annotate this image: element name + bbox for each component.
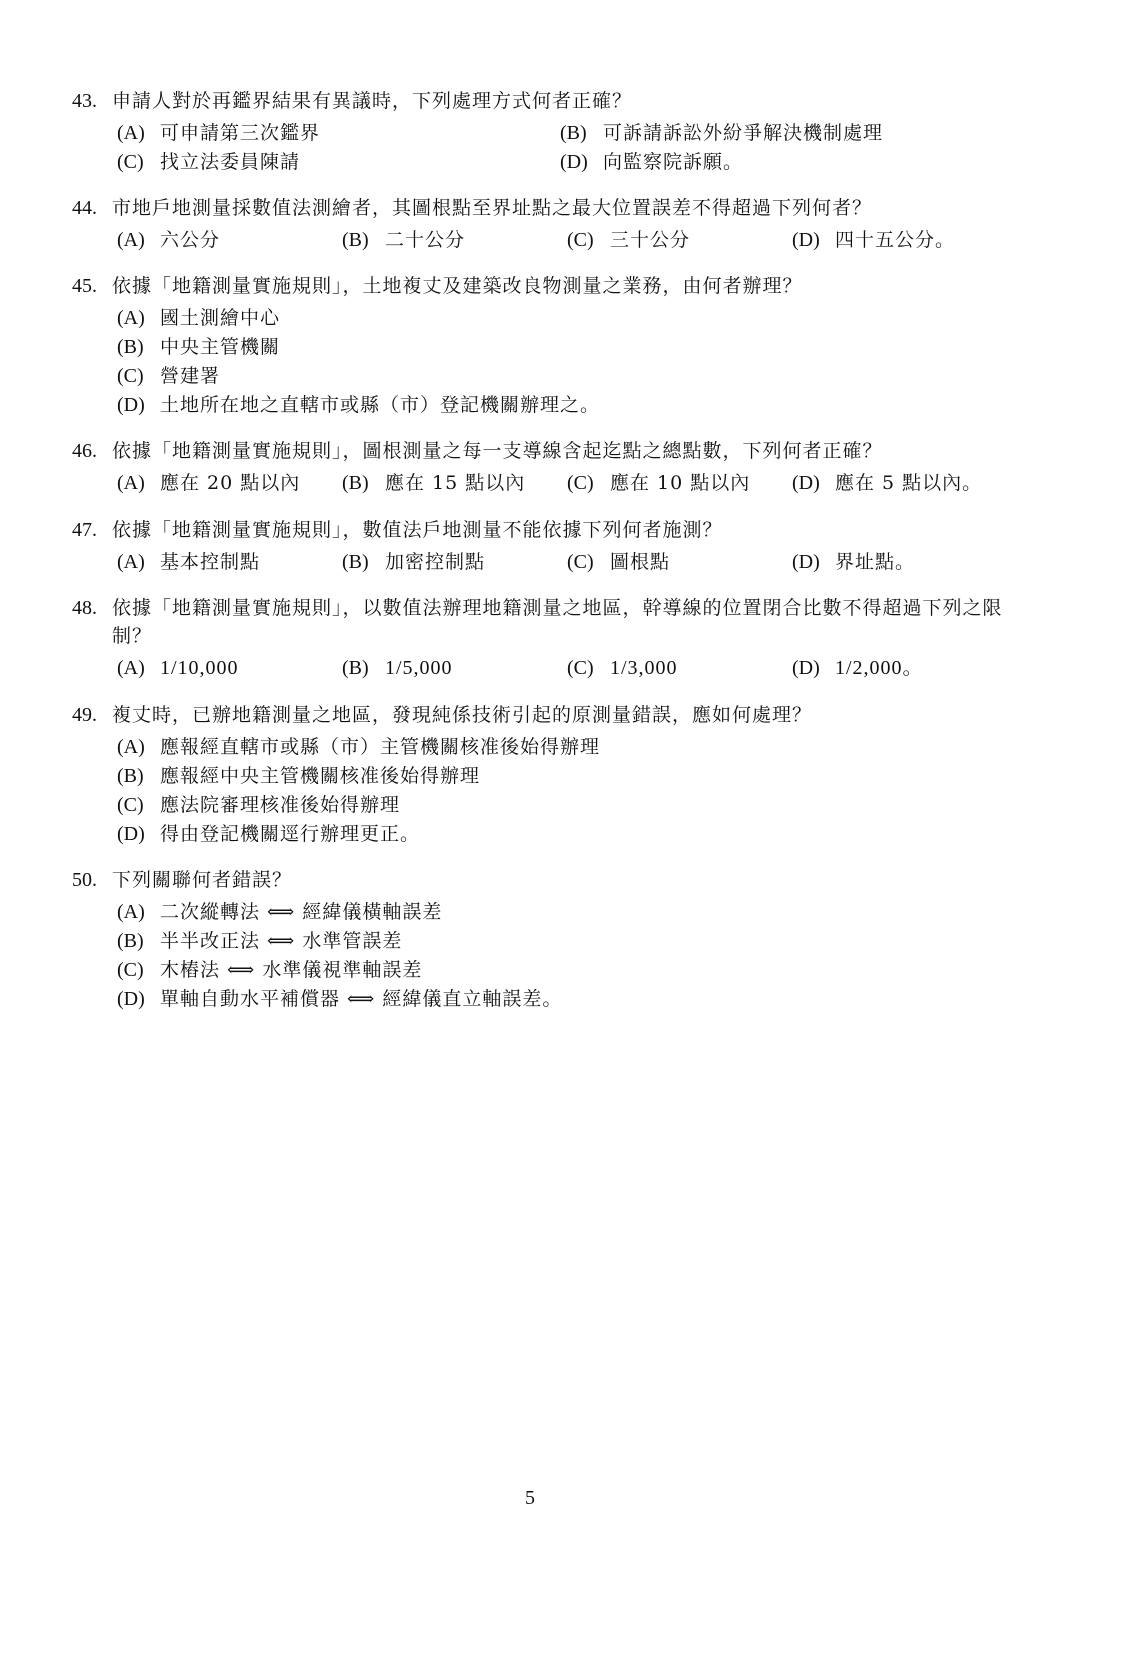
option-label: (A): [117, 119, 160, 148]
question-number: 43.: [72, 87, 112, 115]
option-label: (A): [117, 226, 160, 255]
option-text: 得由登記機關逕行辦理更正。: [160, 820, 420, 849]
option-label: (B): [117, 762, 160, 791]
question-stem: 申請人對於再鑑界結果有異議時，下列處理方式何者正確？: [112, 87, 1052, 115]
question-49: 49. 複丈時，已辦地籍測量之地區，發現純係技術引起的原測量錯誤，應如何處理？ …: [72, 701, 1052, 849]
option-text: 六公分: [160, 226, 220, 255]
option-d: (D)四十五公分。: [792, 226, 1017, 255]
question-stem: 依據「地籍測量實施規則」，圖根測量之每一支導線含起迄點之總點數，下列何者正確？: [112, 437, 1052, 465]
options: (A)可申請第三次鑑界 (B)可訴請訴訟外紛爭解決機制處理 (C)找立法委員陳請…: [117, 119, 1052, 177]
option-text: 單軸自動水平補償器 ⟺ 經緯儀直立軸誤差。: [160, 985, 562, 1014]
options: (A)二次縱轉法 ⟺ 經緯儀橫軸誤差 (B)半半改正法 ⟺ 水準管誤差 (C)木…: [117, 898, 1052, 1014]
question-stem: 依據「地籍測量實施規則」，以數值法辦理地籍測量之地區，幹導線的位置閉合比數不得超…: [112, 594, 1032, 650]
question-stem: 依據「地籍測量實施規則」，數值法戶地測量不能依據下列何者施測？: [112, 516, 1052, 544]
question-number: 48.: [72, 594, 112, 650]
options: (A)基本控制點 (B)加密控制點 (C)圖根點 (D)界址點。: [117, 548, 1052, 577]
option-text: 三十公分: [610, 226, 690, 255]
option-b: (B)1/5,000: [342, 654, 567, 683]
option-text: 1/2,000。: [835, 654, 924, 683]
option-b: (B)中央主管機關: [117, 333, 1052, 362]
option-text: 應在 5 點以內。: [835, 469, 982, 498]
options: (A)六公分 (B)二十公分 (C)三十公分 (D)四十五公分。: [117, 226, 1052, 255]
option-text: 應報經中央主管機關核准後始得辦理: [160, 762, 480, 791]
question-43: 43. 申請人對於再鑑界結果有異議時，下列處理方式何者正確？ (A)可申請第三次…: [72, 87, 1052, 177]
option-label: (B): [342, 226, 385, 255]
option-text: 四十五公分。: [835, 226, 955, 255]
option-label: (A): [117, 469, 160, 498]
option-label: (A): [117, 304, 160, 333]
option-label: (D): [792, 548, 835, 577]
option-label: (D): [117, 820, 160, 849]
option-c: (C)三十公分: [567, 226, 792, 255]
options: (A)應報經直轄市或縣（市）主管機關核准後始得辦理 (B)應報經中央主管機關核准…: [117, 733, 1052, 849]
option-label: (C): [117, 362, 160, 391]
question-number: 50.: [72, 866, 112, 894]
option-label: (B): [342, 469, 385, 498]
option-label: (A): [117, 733, 160, 762]
option-a: (A)可申請第三次鑑界: [117, 119, 560, 148]
option-a: (A)國土測繪中心: [117, 304, 1052, 333]
option-text: 國土測繪中心: [160, 304, 280, 333]
option-text: 應報經直轄市或縣（市）主管機關核准後始得辦理: [160, 733, 600, 762]
option-label: (A): [117, 898, 160, 927]
option-label: (A): [117, 548, 160, 577]
option-text: 半半改正法 ⟺ 水準管誤差: [160, 927, 402, 956]
option-text: 中央主管機關: [160, 333, 280, 362]
option-label: (B): [117, 927, 160, 956]
option-text: 基本控制點: [160, 548, 260, 577]
option-c: (C)找立法委員陳請: [117, 148, 560, 177]
option-label: (D): [117, 985, 160, 1014]
options: (A)1/10,000 (B)1/5,000 (C)1/3,000 (D)1/2…: [117, 654, 1052, 683]
question-stem: 複丈時，已辦地籍測量之地區，發現純係技術引起的原測量錯誤，應如何處理？: [112, 701, 1052, 729]
option-label: (D): [560, 148, 603, 177]
option-b: (B)半半改正法 ⟺ 水準管誤差: [117, 927, 1052, 956]
question-50: 50. 下列關聯何者錯誤？ (A)二次縱轉法 ⟺ 經緯儀橫軸誤差 (B)半半改正…: [72, 866, 1052, 1014]
option-a: (A)1/10,000: [117, 654, 342, 683]
option-text: 木樁法 ⟺ 水準儀視準軸誤差: [160, 956, 422, 985]
option-label: (B): [342, 654, 385, 683]
option-b: (B)可訴請訴訟外紛爭解決機制處理: [560, 119, 1003, 148]
option-d: (D)單軸自動水平補償器 ⟺ 經緯儀直立軸誤差。: [117, 985, 1052, 1014]
question-number: 49.: [72, 701, 112, 729]
option-a: (A)應在 20 點以內: [117, 469, 342, 498]
question-number: 44.: [72, 194, 112, 222]
option-d: (D)向監察院訴願。: [560, 148, 1003, 177]
option-d: (D)得由登記機關逕行辦理更正。: [117, 820, 1052, 849]
option-a: (A)六公分: [117, 226, 342, 255]
option-text: 土地所在地之直轄市或縣（市）登記機關辦理之。: [160, 391, 600, 420]
question-47: 47. 依據「地籍測量實施規則」，數值法戶地測量不能依據下列何者施測？ (A)基…: [72, 516, 1052, 577]
option-text: 可訴請訴訟外紛爭解決機制處理: [603, 119, 883, 148]
option-text: 1/10,000: [160, 654, 239, 683]
option-label: (D): [117, 391, 160, 420]
option-text: 界址點。: [835, 548, 915, 577]
option-c: (C)應法院審理核准後始得辦理: [117, 791, 1052, 820]
option-label: (B): [342, 548, 385, 577]
page-number: 5: [0, 1487, 1060, 1510]
option-label: (D): [792, 469, 835, 498]
question-stem: 下列關聯何者錯誤？: [112, 866, 1052, 894]
option-text: 營建署: [160, 362, 220, 391]
option-c: (C)應在 10 點以內: [567, 469, 792, 498]
option-label: (D): [792, 654, 835, 683]
exam-page: 43. 申請人對於再鑑界結果有異議時，下列處理方式何者正確？ (A)可申請第三次…: [0, 0, 1123, 1654]
option-d: (D)界址點。: [792, 548, 1017, 577]
option-c: (C)營建署: [117, 362, 1052, 391]
option-d: (D)土地所在地之直轄市或縣（市）登記機關辦理之。: [117, 391, 1052, 420]
option-label: (A): [117, 654, 160, 683]
option-text: 應在 10 點以內: [610, 469, 750, 498]
option-label: (C): [117, 956, 160, 985]
option-label: (C): [567, 469, 610, 498]
option-text: 應在 20 點以內: [160, 469, 300, 498]
option-b: (B)應在 15 點以內: [342, 469, 567, 498]
option-label: (B): [560, 119, 603, 148]
question-number: 47.: [72, 516, 112, 544]
option-c: (C)圖根點: [567, 548, 792, 577]
option-text: 1/3,000: [610, 654, 678, 683]
option-b: (B)應報經中央主管機關核准後始得辦理: [117, 762, 1052, 791]
option-text: 應法院審理核准後始得辦理: [160, 791, 400, 820]
question-number: 46.: [72, 437, 112, 465]
option-label: (C): [567, 548, 610, 577]
question-stem: 市地戶地測量採數值法測繪者，其圖根點至界址點之最大位置誤差不得超過下列何者？: [112, 194, 1052, 222]
question-44: 44. 市地戶地測量採數值法測繪者，其圖根點至界址點之最大位置誤差不得超過下列何…: [72, 194, 1052, 255]
option-c: (C)1/3,000: [567, 654, 792, 683]
option-text: 可申請第三次鑑界: [160, 119, 320, 148]
option-label: (C): [567, 654, 610, 683]
option-a: (A)基本控制點: [117, 548, 342, 577]
option-d: (D)1/2,000。: [792, 654, 1017, 683]
question-48: 48. 依據「地籍測量實施規則」，以數值法辦理地籍測量之地區，幹導線的位置閉合比…: [72, 594, 1052, 683]
option-text: 1/5,000: [385, 654, 453, 683]
option-text: 應在 15 點以內: [385, 469, 525, 498]
option-label: (C): [567, 226, 610, 255]
option-b: (B)二十公分: [342, 226, 567, 255]
option-text: 二次縱轉法 ⟺ 經緯儀橫軸誤差: [160, 898, 442, 927]
option-text: 二十公分: [385, 226, 465, 255]
options: (A)應在 20 點以內 (B)應在 15 點以內 (C)應在 10 點以內 (…: [117, 469, 1052, 498]
option-label: (C): [117, 791, 160, 820]
option-a: (A)應報經直轄市或縣（市）主管機關核准後始得辦理: [117, 733, 1052, 762]
question-46: 46. 依據「地籍測量實施規則」，圖根測量之每一支導線含起迄點之總點數，下列何者…: [72, 437, 1052, 498]
option-text: 向監察院訴願。: [603, 148, 743, 177]
option-d: (D)應在 5 點以內。: [792, 469, 1017, 498]
question-stem: 依據「地籍測量實施規則」，土地複丈及建築改良物測量之業務，由何者辦理？: [112, 272, 1052, 300]
question-45: 45. 依據「地籍測量實施規則」，土地複丈及建築改良物測量之業務，由何者辦理？ …: [72, 272, 1052, 420]
option-label: (B): [117, 333, 160, 362]
question-number: 45.: [72, 272, 112, 300]
option-text: 找立法委員陳請: [160, 148, 300, 177]
options: (A)國土測繪中心 (B)中央主管機關 (C)營建署 (D)土地所在地之直轄市或…: [117, 304, 1052, 420]
option-c: (C)木樁法 ⟺ 水準儀視準軸誤差: [117, 956, 1052, 985]
option-label: (D): [792, 226, 835, 255]
option-b: (B)加密控制點: [342, 548, 567, 577]
option-text: 加密控制點: [385, 548, 485, 577]
option-text: 圖根點: [610, 548, 670, 577]
option-label: (C): [117, 148, 160, 177]
option-a: (A)二次縱轉法 ⟺ 經緯儀橫軸誤差: [117, 898, 1052, 927]
